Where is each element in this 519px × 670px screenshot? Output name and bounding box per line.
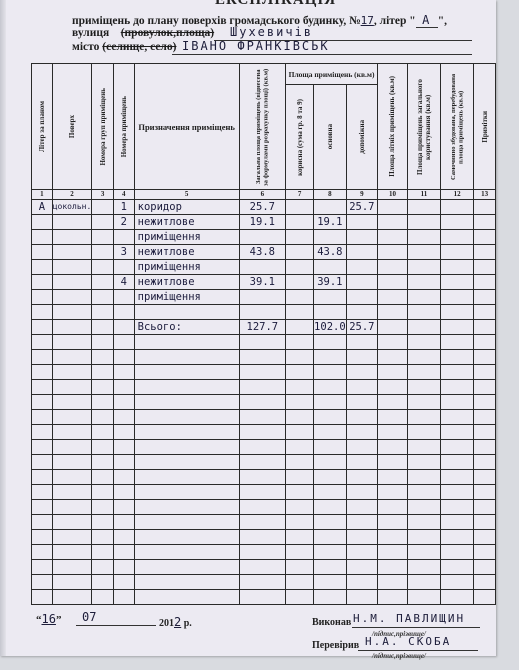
table-cell-11 (407, 560, 440, 575)
table-cell-9 (346, 260, 377, 275)
table-cell-13 (474, 545, 496, 560)
table-cell-12 (441, 215, 474, 230)
table-cell-11 (407, 455, 440, 470)
litera-suffix: ", (438, 15, 447, 27)
table-row (32, 305, 496, 320)
table-cell-4 (113, 560, 134, 575)
table-cell-6 (239, 380, 286, 395)
table-cell-6: 127.7 (239, 320, 286, 335)
table-cell-3 (92, 545, 114, 560)
table-cell-4 (113, 470, 134, 485)
city-value: ІВАНО ФРАНКІВСЬК (182, 39, 330, 53)
table-cell-4 (113, 290, 134, 305)
table-cell-3 (92, 320, 114, 335)
table-cell-12 (441, 455, 474, 470)
table-cell-3 (92, 575, 114, 590)
street-value: Шухевичів (230, 25, 313, 39)
building-line-prefix: приміщень до плану поверхів громадського… (72, 15, 361, 27)
col-num: 5 (134, 190, 239, 200)
table-cell-8 (314, 590, 347, 605)
table-cell-11 (407, 410, 440, 425)
table-cell-9 (346, 290, 377, 305)
table-cell-10 (378, 335, 408, 350)
table-cell-11 (407, 485, 440, 500)
table-cell-7 (286, 320, 314, 335)
table-cell-6 (239, 290, 286, 305)
table-cell-8: 102.0 (314, 320, 347, 335)
table-cell-13 (474, 245, 496, 260)
table-cell-9 (346, 560, 377, 575)
table-cell-8 (314, 455, 347, 470)
date-suffix: р. (184, 618, 192, 629)
table-cell-5: нежитлове (134, 245, 239, 260)
table-cell-12 (441, 305, 474, 320)
table-cell-2 (52, 500, 92, 515)
table-cell-6 (239, 455, 286, 470)
table-cell-8 (314, 560, 347, 575)
table-cell-13 (474, 575, 496, 590)
table-cell-12 (441, 515, 474, 530)
table-cell-6 (239, 440, 286, 455)
table-cell-13 (474, 215, 496, 230)
table-cell-11 (407, 515, 440, 530)
table-cell-9 (346, 470, 377, 485)
table-cell-5 (134, 380, 239, 395)
col-num: 2 (52, 190, 92, 200)
table-cell-12 (441, 290, 474, 305)
table-cell-10 (378, 260, 408, 275)
table-cell-1 (32, 350, 53, 365)
document-page: ЕКСПЛІКАЦІЯ приміщень до плану поверхів … (0, 0, 496, 656)
table-cell-1 (32, 320, 53, 335)
table-cell-4 (113, 365, 134, 380)
table-cell-4 (113, 260, 134, 275)
table-cell-1 (32, 470, 53, 485)
table-row: 3нежитлове43.843.8 (32, 245, 496, 260)
table-cell-4 (113, 440, 134, 455)
table-cell-11 (407, 425, 440, 440)
col-num: 10 (378, 190, 408, 200)
table-cell-8 (314, 425, 347, 440)
column-numbers-row: 1 2 3 4 5 6 7 8 9 10 11 12 13 (32, 190, 496, 200)
table-cell-6: 39.1 (239, 275, 286, 290)
table-cell-3 (92, 530, 114, 545)
table-cell-1 (32, 305, 53, 320)
table-cell-8 (314, 575, 347, 590)
table-cell-13 (474, 275, 496, 290)
table-cell-11 (407, 275, 440, 290)
table-cell-4 (113, 305, 134, 320)
table-cell-2 (52, 455, 92, 470)
col-num: 4 (113, 190, 134, 200)
table-cell-3 (92, 290, 114, 305)
table-cell-4: 3 (113, 245, 134, 260)
checked-caption: /підпис,прізвище/ (372, 652, 426, 660)
table-cell-5 (134, 350, 239, 365)
table-cell-12 (441, 470, 474, 485)
table-cell-5: приміщення (134, 230, 239, 245)
table-cell-11 (407, 215, 440, 230)
table-cell-9 (346, 425, 377, 440)
table-cell-11 (407, 380, 440, 395)
table-cell-5 (134, 590, 239, 605)
table-row: Ацокольн.1коридор25.725.7 (32, 200, 496, 215)
table-cell-2 (52, 215, 92, 230)
table-row: 2нежитлове19.119.1 (32, 215, 496, 230)
table-cell-3 (92, 275, 114, 290)
table-cell-6 (239, 470, 286, 485)
table-cell-12 (441, 380, 474, 395)
table-cell-5: коридор (134, 200, 239, 215)
table-cell-13 (474, 470, 496, 485)
table-cell-3 (92, 260, 114, 275)
table-cell-2 (52, 380, 92, 395)
table-cell-5 (134, 545, 239, 560)
table-cell-5: приміщення (134, 260, 239, 275)
table-cell-6: 43.8 (239, 245, 286, 260)
table-cell-10 (378, 425, 408, 440)
table-cell-8 (314, 440, 347, 455)
table-cell-7 (286, 590, 314, 605)
table-cell-5 (134, 335, 239, 350)
table-cell-1: А (32, 200, 53, 215)
checked-underline (358, 650, 478, 651)
table-cell-10 (378, 530, 408, 545)
table-cell-2 (52, 320, 92, 335)
table-cell-7 (286, 470, 314, 485)
table-cell-6 (239, 410, 286, 425)
table-cell-2 (52, 515, 92, 530)
table-row (32, 380, 496, 395)
table-cell-12 (441, 410, 474, 425)
table-cell-7 (286, 365, 314, 380)
table-cell-6 (239, 545, 286, 560)
table-cell-13 (474, 590, 496, 605)
city-underline (172, 54, 472, 55)
table-cell-13 (474, 395, 496, 410)
table-cell-1 (32, 260, 53, 275)
table-cell-2 (52, 440, 92, 455)
table-cell-5 (134, 410, 239, 425)
table-cell-13 (474, 425, 496, 440)
table-cell-4 (113, 530, 134, 545)
table-cell-10 (378, 350, 408, 365)
table-cell-1 (32, 590, 53, 605)
table-body: Ацокольн.1коридор25.725.72нежитлове19.11… (32, 200, 496, 605)
table-cell-3 (92, 500, 114, 515)
table-cell-2 (52, 410, 92, 425)
table-cell-1 (32, 365, 53, 380)
table-row (32, 560, 496, 575)
col-header-useful-area: корисна (сума гр. 8 та 9) (286, 85, 314, 190)
table-cell-7 (286, 395, 314, 410)
table-cell-10 (378, 305, 408, 320)
table-cell-9 (346, 365, 377, 380)
street-alt-label: (провулок,площа) (121, 27, 214, 39)
table-cell-2 (52, 530, 92, 545)
table-cell-3 (92, 560, 114, 575)
table-cell-8: 43.8 (314, 245, 347, 260)
table-cell-11 (407, 245, 440, 260)
table-cell-7 (286, 545, 314, 560)
table-cell-4 (113, 350, 134, 365)
table-cell-1 (32, 485, 53, 500)
table-cell-8 (314, 230, 347, 245)
table-cell-2 (52, 485, 92, 500)
table-cell-10 (378, 575, 408, 590)
building-number-value: 17 (361, 14, 374, 27)
table-cell-13 (474, 455, 496, 470)
table-cell-11 (407, 350, 440, 365)
table-cell-3 (92, 305, 114, 320)
street-label: вулиця (72, 27, 109, 39)
table-row: приміщення (32, 230, 496, 245)
table-cell-8 (314, 350, 347, 365)
date-year-prefix: 201 (159, 618, 174, 629)
table-cell-4 (113, 410, 134, 425)
table-cell-5 (134, 365, 239, 380)
table-cell-11 (407, 365, 440, 380)
col-header-floor: Поверх (52, 64, 92, 190)
table-cell-10 (378, 200, 408, 215)
table-row (32, 365, 496, 380)
table-cell-11 (407, 590, 440, 605)
table-cell-12 (441, 230, 474, 245)
table-cell-6 (239, 500, 286, 515)
table-cell-6 (239, 425, 286, 440)
table-cell-11 (407, 320, 440, 335)
table-cell-3 (92, 200, 114, 215)
table-cell-9 (346, 230, 377, 245)
col-header-auxiliary-area: допоміжна (346, 85, 377, 190)
col-header-common-area: Площа приміщень загального користування … (407, 64, 440, 190)
table-cell-6 (239, 305, 286, 320)
table-cell-12 (441, 530, 474, 545)
table-cell-8 (314, 545, 347, 560)
table-cell-9 (346, 530, 377, 545)
table-cell-13 (474, 485, 496, 500)
table-cell-5: Всього: (134, 320, 239, 335)
table-cell-5 (134, 470, 239, 485)
table-cell-6 (239, 560, 286, 575)
table-cell-1 (32, 515, 53, 530)
table-row: Всього:127.7102.025.7 (32, 320, 496, 335)
date-month-underline (76, 625, 156, 626)
table-row (32, 425, 496, 440)
table-cell-6 (239, 590, 286, 605)
table-cell-10 (378, 590, 408, 605)
table-cell-9 (346, 335, 377, 350)
table-cell-3 (92, 350, 114, 365)
checked-signature: Н.А. СКОБА (365, 635, 451, 648)
table-cell-3 (92, 455, 114, 470)
table-cell-12 (441, 365, 474, 380)
table-cell-5 (134, 500, 239, 515)
table-cell-2 (52, 230, 92, 245)
table-cell-7 (286, 425, 314, 440)
table-row: 4нежитлове39.139.1 (32, 275, 496, 290)
table-cell-10 (378, 515, 408, 530)
table-cell-8 (314, 515, 347, 530)
table-cell-11 (407, 575, 440, 590)
table-cell-10 (378, 275, 408, 290)
table-cell-4 (113, 230, 134, 245)
table-cell-2: цокольн. (52, 200, 92, 215)
table-cell-6 (239, 575, 286, 590)
table-cell-7 (286, 380, 314, 395)
table-cell-9 (346, 440, 377, 455)
table-cell-2 (52, 545, 92, 560)
col-num: 3 (92, 190, 114, 200)
table-cell-6 (239, 260, 286, 275)
table-cell-3 (92, 335, 114, 350)
document-title: ЕКСПЛІКАЦІЯ (215, 0, 336, 9)
col-header-purpose: Призначення приміщень (134, 64, 239, 190)
table-cell-4 (113, 455, 134, 470)
table-cell-5: нежитлове (134, 275, 239, 290)
table-row (32, 440, 496, 455)
table-cell-6 (239, 350, 286, 365)
table-cell-9 (346, 485, 377, 500)
col-num: 8 (314, 190, 347, 200)
table-cell-7 (286, 560, 314, 575)
table-cell-12 (441, 320, 474, 335)
table-cell-11 (407, 335, 440, 350)
table-row (32, 335, 496, 350)
table-row (32, 485, 496, 500)
table-cell-1 (32, 545, 53, 560)
table-cell-9 (346, 410, 377, 425)
table-row (32, 500, 496, 515)
col-header-litera: Літер за планом (32, 64, 53, 190)
table-cell-8 (314, 290, 347, 305)
table-cell-6 (239, 485, 286, 500)
table-cell-1 (32, 290, 53, 305)
table-cell-9 (346, 245, 377, 260)
table-cell-13 (474, 560, 496, 575)
table-cell-3 (92, 395, 114, 410)
table-cell-4 (113, 425, 134, 440)
table-cell-11 (407, 200, 440, 215)
table-cell-2 (52, 575, 92, 590)
col-header-unauthorized-area: Самочинно збудована, перебудована площа … (441, 64, 474, 190)
table-row (32, 455, 496, 470)
table-cell-12 (441, 350, 474, 365)
table-cell-4: 1 (113, 200, 134, 215)
table-cell-12 (441, 260, 474, 275)
table-cell-6: 19.1 (239, 215, 286, 230)
table-cell-1 (32, 230, 53, 245)
table-cell-11 (407, 470, 440, 485)
table-cell-1 (32, 455, 53, 470)
table-cell-5: нежитлове (134, 215, 239, 230)
table-cell-1 (32, 215, 53, 230)
table-cell-13 (474, 530, 496, 545)
table-cell-9: 25.7 (346, 320, 377, 335)
col-header-area-group: Площа приміщень (кв.м) (286, 64, 378, 85)
table-cell-6 (239, 530, 286, 545)
col-num: 6 (239, 190, 286, 200)
explication-table: Літер за планом Поверх Номера груп примі… (31, 63, 496, 605)
table-row: приміщення (32, 260, 496, 275)
table-cell-8: 19.1 (314, 215, 347, 230)
col-num: 12 (441, 190, 474, 200)
table-cell-4 (113, 485, 134, 500)
table-cell-9 (346, 305, 377, 320)
table-cell-12 (441, 425, 474, 440)
table-cell-8 (314, 260, 347, 275)
table-cell-9 (346, 350, 377, 365)
table-cell-11 (407, 440, 440, 455)
table-cell-10 (378, 545, 408, 560)
table-cell-1 (32, 245, 53, 260)
table-cell-10 (378, 320, 408, 335)
page-shadow-edge (0, 0, 6, 656)
table-cell-13 (474, 260, 496, 275)
table-cell-8 (314, 365, 347, 380)
table-cell-7 (286, 200, 314, 215)
table-cell-10 (378, 230, 408, 245)
table-cell-10 (378, 215, 408, 230)
table-cell-10 (378, 395, 408, 410)
table-cell-7 (286, 440, 314, 455)
table-row (32, 575, 496, 590)
col-num: 1 (32, 190, 53, 200)
table-cell-7 (286, 245, 314, 260)
table-cell-9 (346, 545, 377, 560)
table-cell-8 (314, 470, 347, 485)
table-cell-4 (113, 590, 134, 605)
table-cell-3 (92, 590, 114, 605)
table-cell-9 (346, 275, 377, 290)
table-cell-1 (32, 395, 53, 410)
date-month: 07 (82, 610, 96, 624)
table-row: приміщення (32, 290, 496, 305)
table-cell-7 (286, 305, 314, 320)
table-cell-2 (52, 560, 92, 575)
table-cell-12 (441, 440, 474, 455)
litera-value: А (416, 13, 438, 28)
table-cell-11 (407, 500, 440, 515)
table-cell-2 (52, 260, 92, 275)
city-alt-label: (селище, село) (102, 41, 176, 53)
table-cell-5 (134, 440, 239, 455)
table-cell-7 (286, 515, 314, 530)
table-cell-2 (52, 365, 92, 380)
table-cell-3 (92, 380, 114, 395)
table-cell-3 (92, 470, 114, 485)
header-line-city: місто (селище, село) (72, 41, 176, 53)
table-cell-13 (474, 410, 496, 425)
table-cell-7 (286, 410, 314, 425)
table-cell-5 (134, 515, 239, 530)
table-cell-6 (239, 230, 286, 245)
table-cell-13 (474, 515, 496, 530)
table-cell-1 (32, 575, 53, 590)
table-row (32, 350, 496, 365)
table-cell-12 (441, 590, 474, 605)
table-cell-4 (113, 335, 134, 350)
table-cell-13 (474, 320, 496, 335)
table-cell-4 (113, 320, 134, 335)
table-cell-9 (346, 215, 377, 230)
table-cell-1 (32, 530, 53, 545)
table-cell-1 (32, 425, 53, 440)
litera-label: , літер " (374, 15, 416, 27)
table-cell-4 (113, 545, 134, 560)
table-cell-13 (474, 440, 496, 455)
table-cell-12 (441, 560, 474, 575)
